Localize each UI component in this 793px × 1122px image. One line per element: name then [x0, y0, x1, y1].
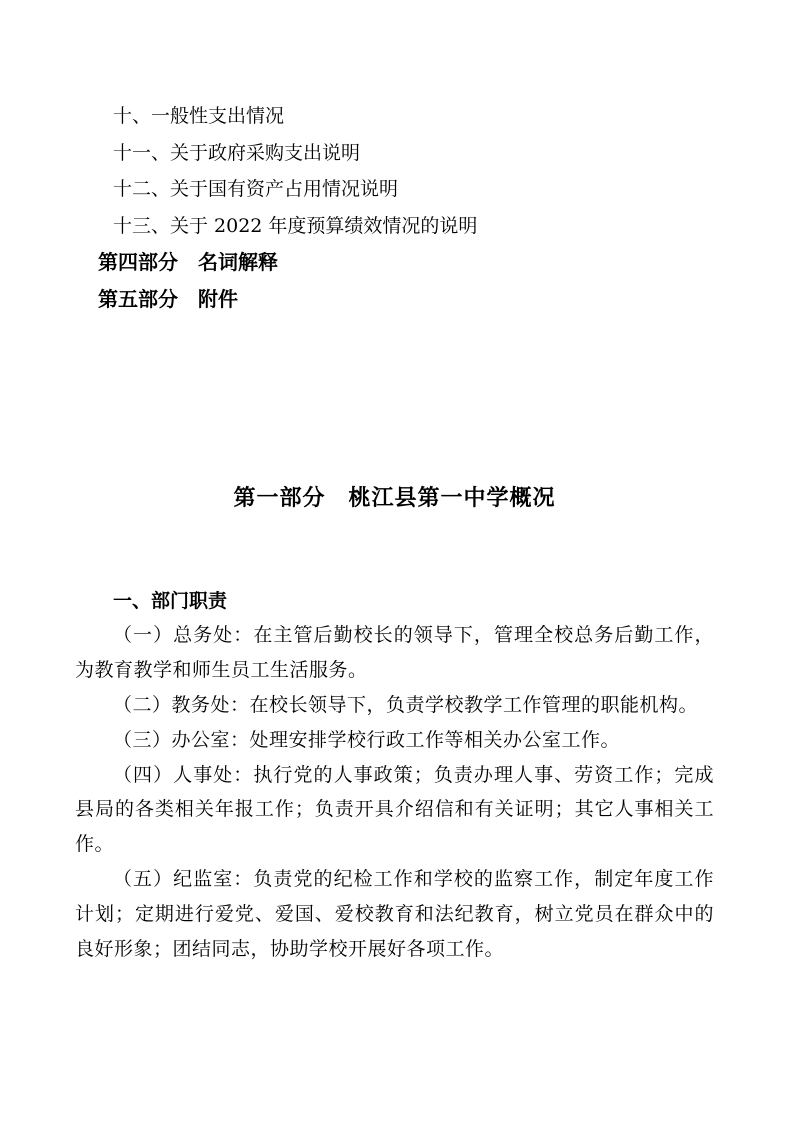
toc-item-11: 十一、关于政府采购支出说明: [75, 135, 714, 172]
toc-item-12: 十二、关于国有资产占用情况说明: [75, 171, 714, 208]
paragraph-academic-affairs: （二）教务处：在校长领导下，负责学校教学工作管理的职能机构。: [75, 688, 714, 723]
toc-part-5-heading: 第五部分 附件: [75, 281, 714, 318]
paragraph-office: （三）办公室：处理安排学校行政工作等相关办公室工作。: [75, 723, 714, 758]
subsection-heading: 一、部门职责: [75, 584, 714, 619]
document-page: 十、一般性支出情况 十一、关于政府采购支出说明 十二、关于国有资产占用情况说明 …: [0, 0, 793, 1122]
table-of-contents: 十、一般性支出情况 十一、关于政府采购支出说明 十二、关于国有资产占用情况说明 …: [75, 98, 714, 318]
toc-item-13: 十三、关于 2022 年度预算绩效情况的说明: [75, 208, 714, 245]
section-body: 一、部门职责 （一）总务处：在主管后勤校长的领导下，管理全校总务后勤工作，为教育…: [75, 584, 714, 967]
paragraph-general-affairs: （一）总务处：在主管后勤校长的领导下，管理全校总务后勤工作，为教育教学和师生员工…: [75, 618, 714, 688]
paragraph-personnel: （四）人事处：执行党的人事政策；负责办理人事、劳资工作；完成县局的各类相关年报工…: [75, 758, 714, 862]
section-title: 第一部分 桃江县第一中学概况: [75, 480, 714, 516]
toc-item-10: 十、一般性支出情况: [75, 98, 714, 135]
paragraph-discipline: （五）纪监室：负责党的纪检工作和学校的监察工作，制定年度工作计划；定期进行爱党、…: [75, 862, 714, 966]
toc-part-4-heading: 第四部分 名词解释: [75, 244, 714, 281]
